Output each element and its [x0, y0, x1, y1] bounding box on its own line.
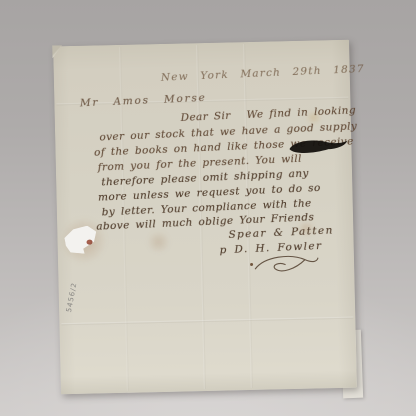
letter-dateline: New York March 29th 1837	[161, 64, 365, 83]
letter-writing: New York March 29th 1837 Mr Amos Morse D…	[50, 37, 361, 398]
letter-paper: New York March 29th 1837 Mr Amos Morse D…	[53, 40, 357, 395]
letter-salutation: Dear Sir	[180, 110, 231, 124]
letter-line: We find in looking	[246, 104, 356, 121]
ink-blot	[287, 137, 349, 158]
letter-recipient: Mr Amos Morse	[80, 93, 207, 109]
signature-flourish	[251, 252, 322, 277]
signature-firm: Spear & Patten	[228, 225, 334, 240]
photo-background: New York March 29th 1837 Mr Amos Morse D…	[0, 0, 416, 416]
pencil-notation: 5456/2	[65, 268, 112, 319]
